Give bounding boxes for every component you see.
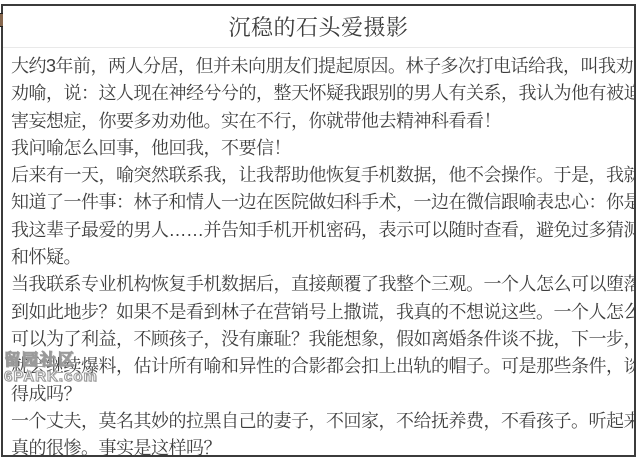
article-line: 我这辈子最爱的男人……并告知手机开机密码，表示可以随时查看，避免过多猜测 (11, 217, 626, 244)
article-line: 就会继续爆料，估计所有喻和异性的合影都会扣上出轨的帽子。可是那些条件，谈 (11, 353, 626, 380)
article-line: 害妄想症，你要多劝劝他。实在不行，你就带他去精神科看看！ (11, 108, 626, 135)
watermark-site-name: 留园社区 (4, 352, 98, 370)
article-frame: 沉稳的石头爱摄影 大约3年前，两人分居，但并未向朋友们提起原因。林子多次打电话给… (1, 4, 636, 457)
article-line: 到如此地步？如果不是看到林子在营销号上撒谎，我真的不想说这些。一个人怎么 (11, 299, 626, 326)
left-edge-fragment (0, 13, 3, 27)
article-line: 可以为了利益，不顾孩子，没有廉耻？我能想象，假如离婚条件谈不拢，下一步， (11, 326, 626, 353)
site-watermark: 留园社区 6PARK.com (4, 352, 98, 385)
article-line: 真的很惨。事实是这样吗？ (11, 435, 626, 457)
article-line: 劝喻，说：这人现在神经兮兮的，整天怀疑我跟别的男人有关系，我认为他有被迫 (11, 80, 626, 107)
watermark-site-url: 6PARK.com (4, 369, 98, 386)
article-line: 一个丈夫，莫名其妙的拉黑自己的妻子，不回家，不给抚养费，不看孩子。听起来 (11, 408, 626, 435)
article-line: 我问喻怎么回事，他回我，不要信！ (11, 135, 626, 162)
title-bar: 沉稳的石头爱摄影 (3, 6, 634, 48)
article-line: 和怀疑。 (11, 244, 626, 271)
article-line: 后来有一天，喻突然联系我，让我帮助他恢复手机数据，他不会操作。于是，我就 (11, 162, 626, 189)
page-title: 沉稳的石头爱摄影 (228, 11, 408, 42)
article-line: 当我联系专业机构恢复手机数据后，直接颠覆了我整个三观。一个人怎么可以堕落 (11, 271, 626, 298)
page: 沉稳的石头爱摄影 大约3年前，两人分居，但并未向朋友们提起原因。林子多次打电话给… (0, 0, 640, 459)
article-line: 得成吗？ (11, 381, 626, 408)
article-line: 大约3年前，两人分居，但并未向朋友们提起原因。林子多次打电话给我，叫我劝 (11, 53, 626, 80)
article-line: 知道了一件事：林子和情人一边在医院做妇科手术，一边在微信跟喻表忠心：你是 (11, 189, 626, 216)
article-body: 大约3年前，两人分居，但并未向朋友们提起原因。林子多次打电话给我，叫我劝 劝喻，… (3, 48, 634, 457)
